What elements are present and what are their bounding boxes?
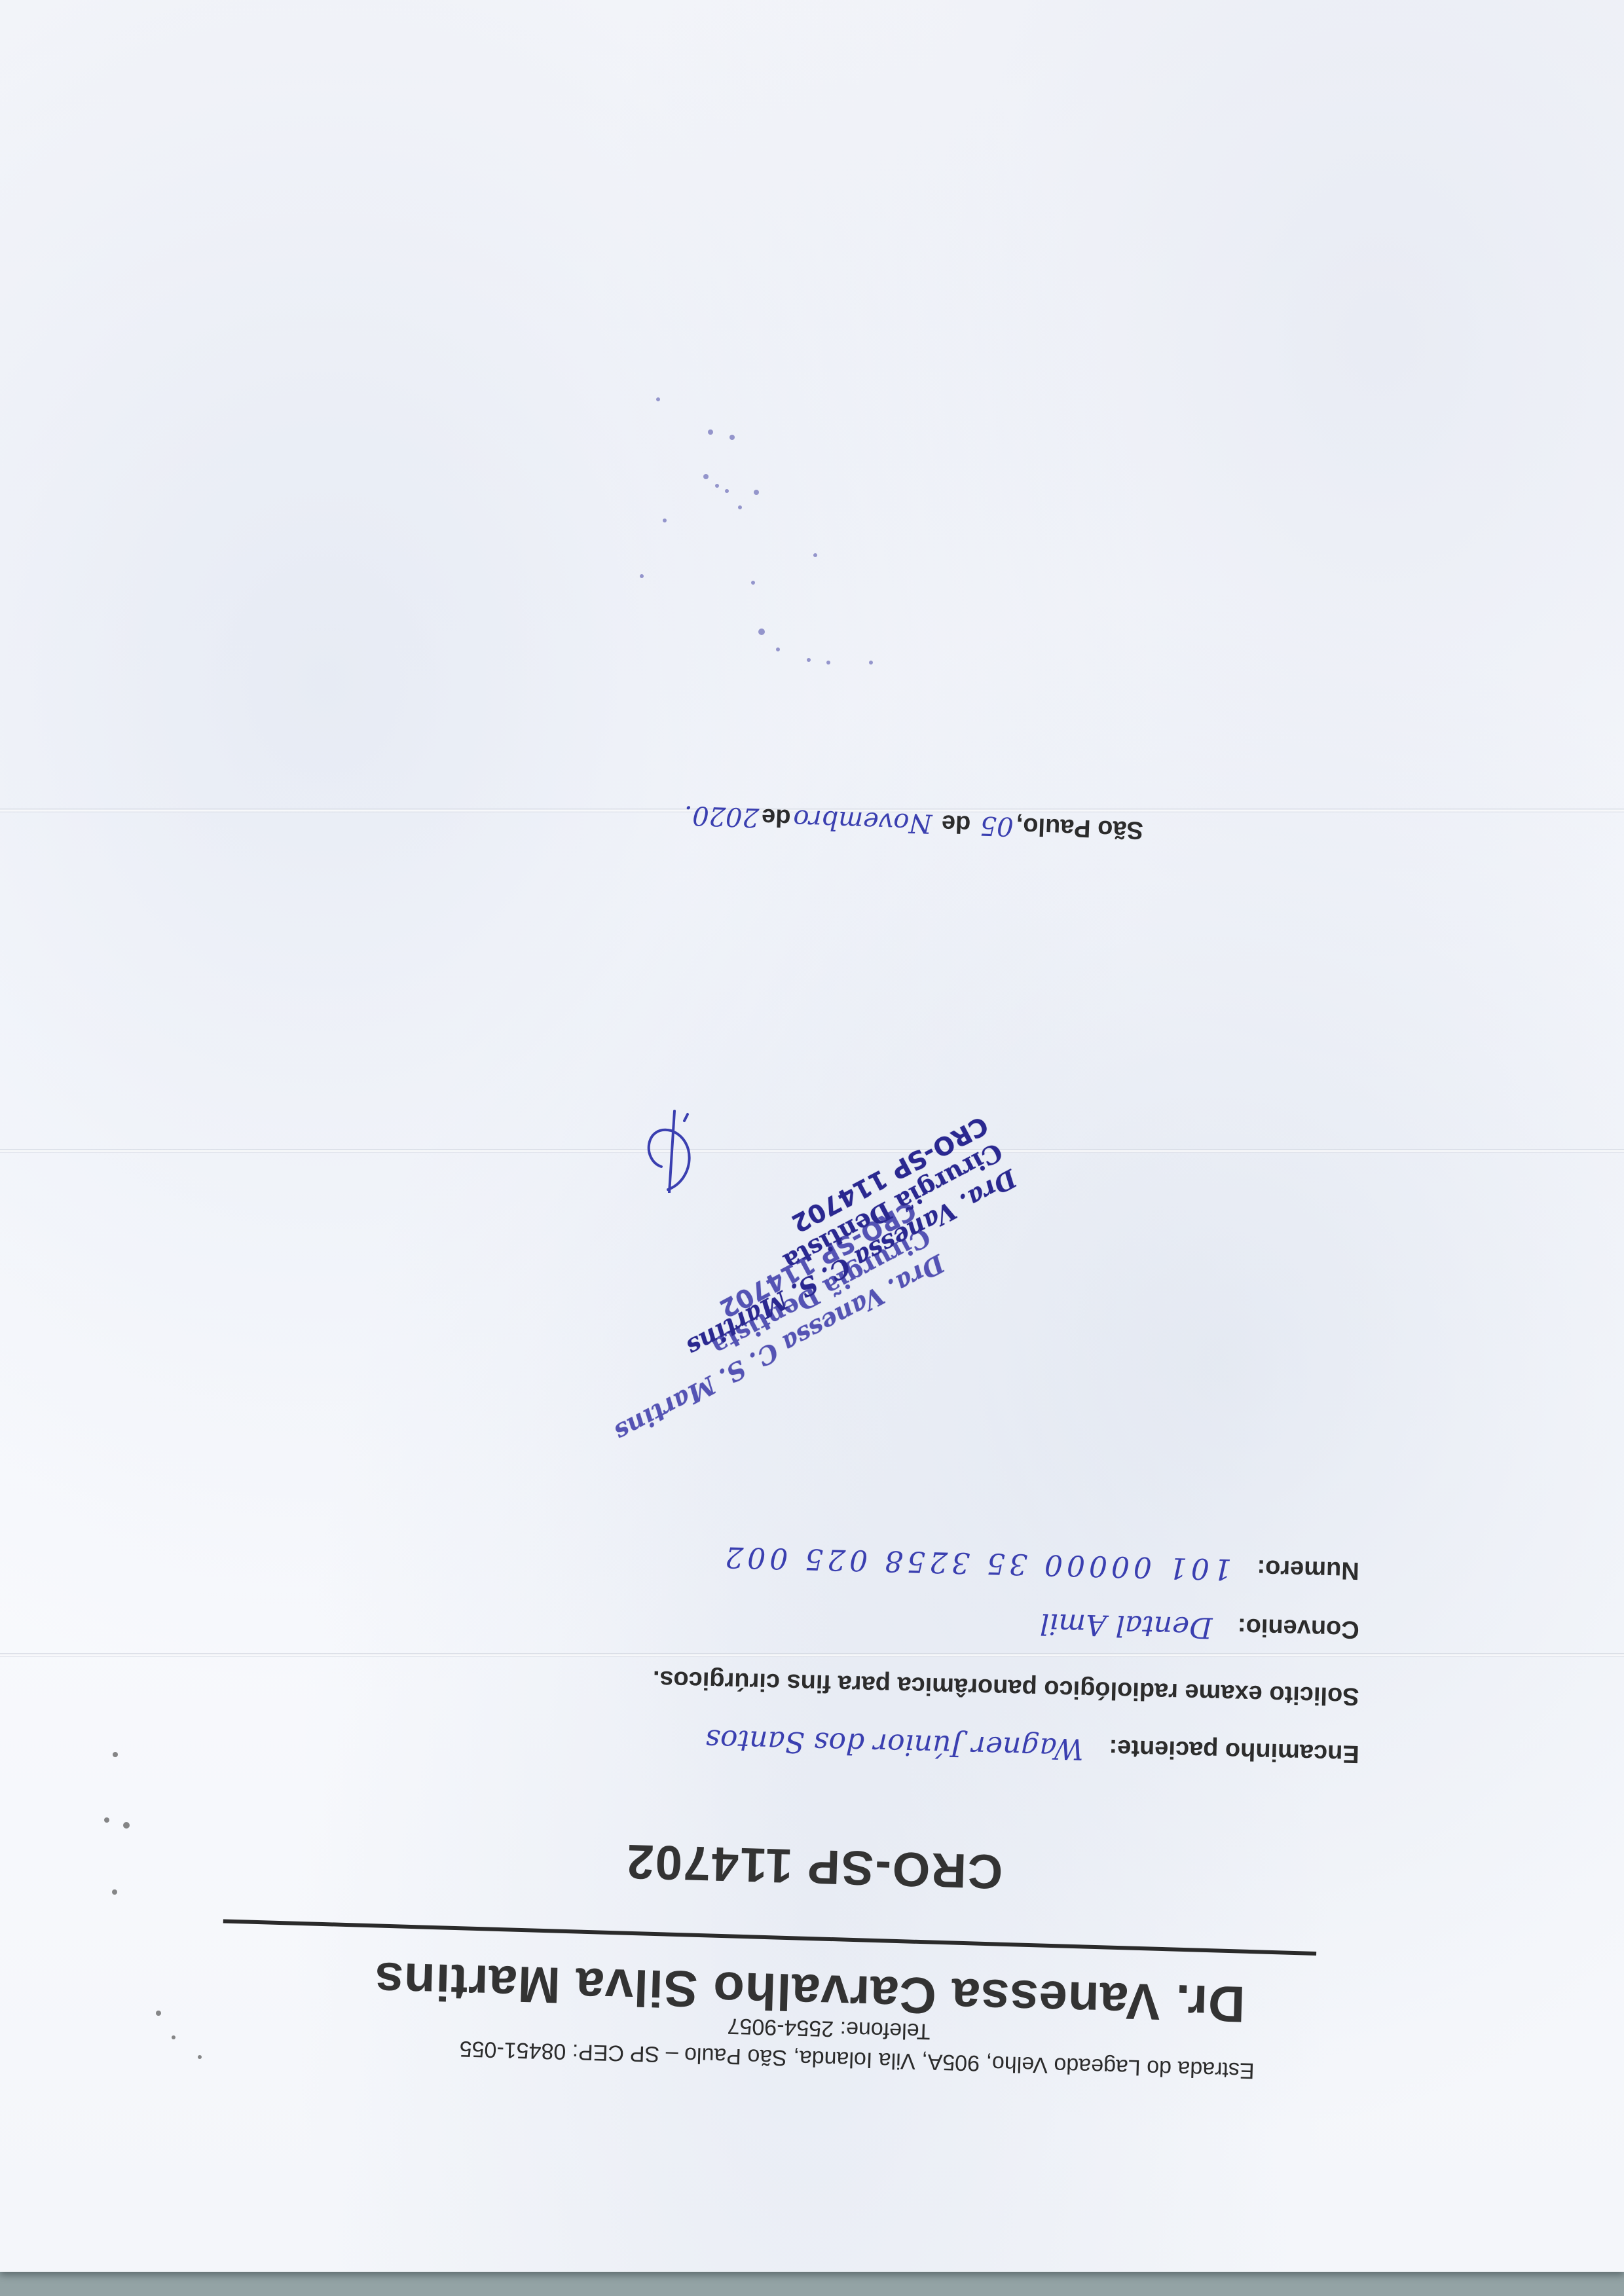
date-sep-1: de [941,809,971,838]
field-insurance-value[interactable]: Dental Amil [1040,1607,1213,1644]
field-number-value[interactable]: 101 00000 35 3258 025 002 [721,1540,1232,1586]
field-number-label: Numero: [1257,1554,1359,1584]
date-year[interactable]: 2020. [684,800,760,833]
field-insurance: Convenio: Dental Amil [1040,1607,1360,1648]
field-patient-label: Encaminho paciente: [1109,1734,1359,1768]
doctor-registration: CRO-SP 114702 [625,1834,1003,1900]
date-line: São Paulo,05 de Novembrode2020. [681,799,1144,846]
signature-icon [629,1108,707,1193]
field-patient-value[interactable]: Wagner Júnior dos Santos [705,1723,1084,1766]
field-patient: Encaminho paciente: Wagner Júnior dos Sa… [705,1723,1359,1772]
doctor-name: Dr. Vanessa Carvalho Silva Martins [373,1950,1246,2034]
date-month[interactable]: Novembro [793,803,933,838]
letterhead-address: Estrada do Lageado Velho, 905A, Vila Iol… [459,2035,1255,2083]
field-exam-request: Solicito exame radiológico panorâmica pa… [652,1665,1359,1710]
date-day[interactable]: 05 [980,810,1014,841]
document-rotated-180: Estrada do Lageado Velho, 905A, Vila Iol… [0,0,1624,2296]
date-sep-2: de [761,803,791,832]
date-prefix: São Paulo, [1016,812,1144,844]
field-number: Numero: 101 00000 35 3258 025 002 [721,1540,1360,1589]
field-insurance-label: Convenio: [1237,1613,1359,1643]
